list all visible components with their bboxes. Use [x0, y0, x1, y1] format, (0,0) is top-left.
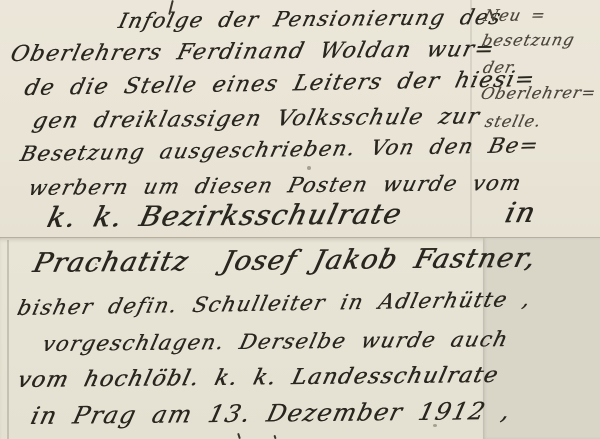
document-scan: Infolge der Pensionierung des Oberlehrer… [0, 0, 600, 439]
ink-speck [307, 166, 311, 170]
handwritten-line: Oberlehrers Ferdinand Woldan wur= [8, 37, 498, 67]
ink-speck [95, 263, 97, 265]
handwritten-line-emphasized: k. k. Bezirksschulrate in [44, 196, 540, 234]
margin-note-line: der [481, 58, 516, 77]
margin-note-line: besetzung [480, 30, 577, 50]
handwritten-line: werbern um diesen Posten wurde vom [26, 171, 525, 200]
handwritten-line: gen dreiklassigen Volksschule zur [30, 104, 483, 134]
ink-speck [433, 424, 437, 427]
handwritten-line: vom hochlöbl. k. k. Landesschulrate [15, 363, 501, 393]
handwritten-line: de die Stelle eines Leiters der hiesi= [22, 67, 538, 101]
margin-note-line: Neu = [482, 5, 548, 25]
page-top-section: Infolge der Pensionierung des Oberlehrer… [0, 0, 600, 238]
handwritten-line-emphasized: Prachatitz Josef Jakob Fastner, [30, 243, 539, 279]
handwritten-line: in Prag am 13. Dezember 1912 , [28, 397, 514, 430]
margin-note-line: stelle. [483, 111, 544, 131]
margin-note-line: Oberlehrer= [479, 83, 598, 103]
handwritten-line: Infolge der Pensionierung des [116, 5, 504, 33]
handwritten-line: Besetzung ausgeschrieben. Von den Be= [18, 133, 542, 166]
handwritten-line: vorgeschlagen. Derselbe wurde auch [40, 327, 511, 356]
left-margin-line [7, 240, 9, 439]
ink-speck [228, 120, 230, 122]
